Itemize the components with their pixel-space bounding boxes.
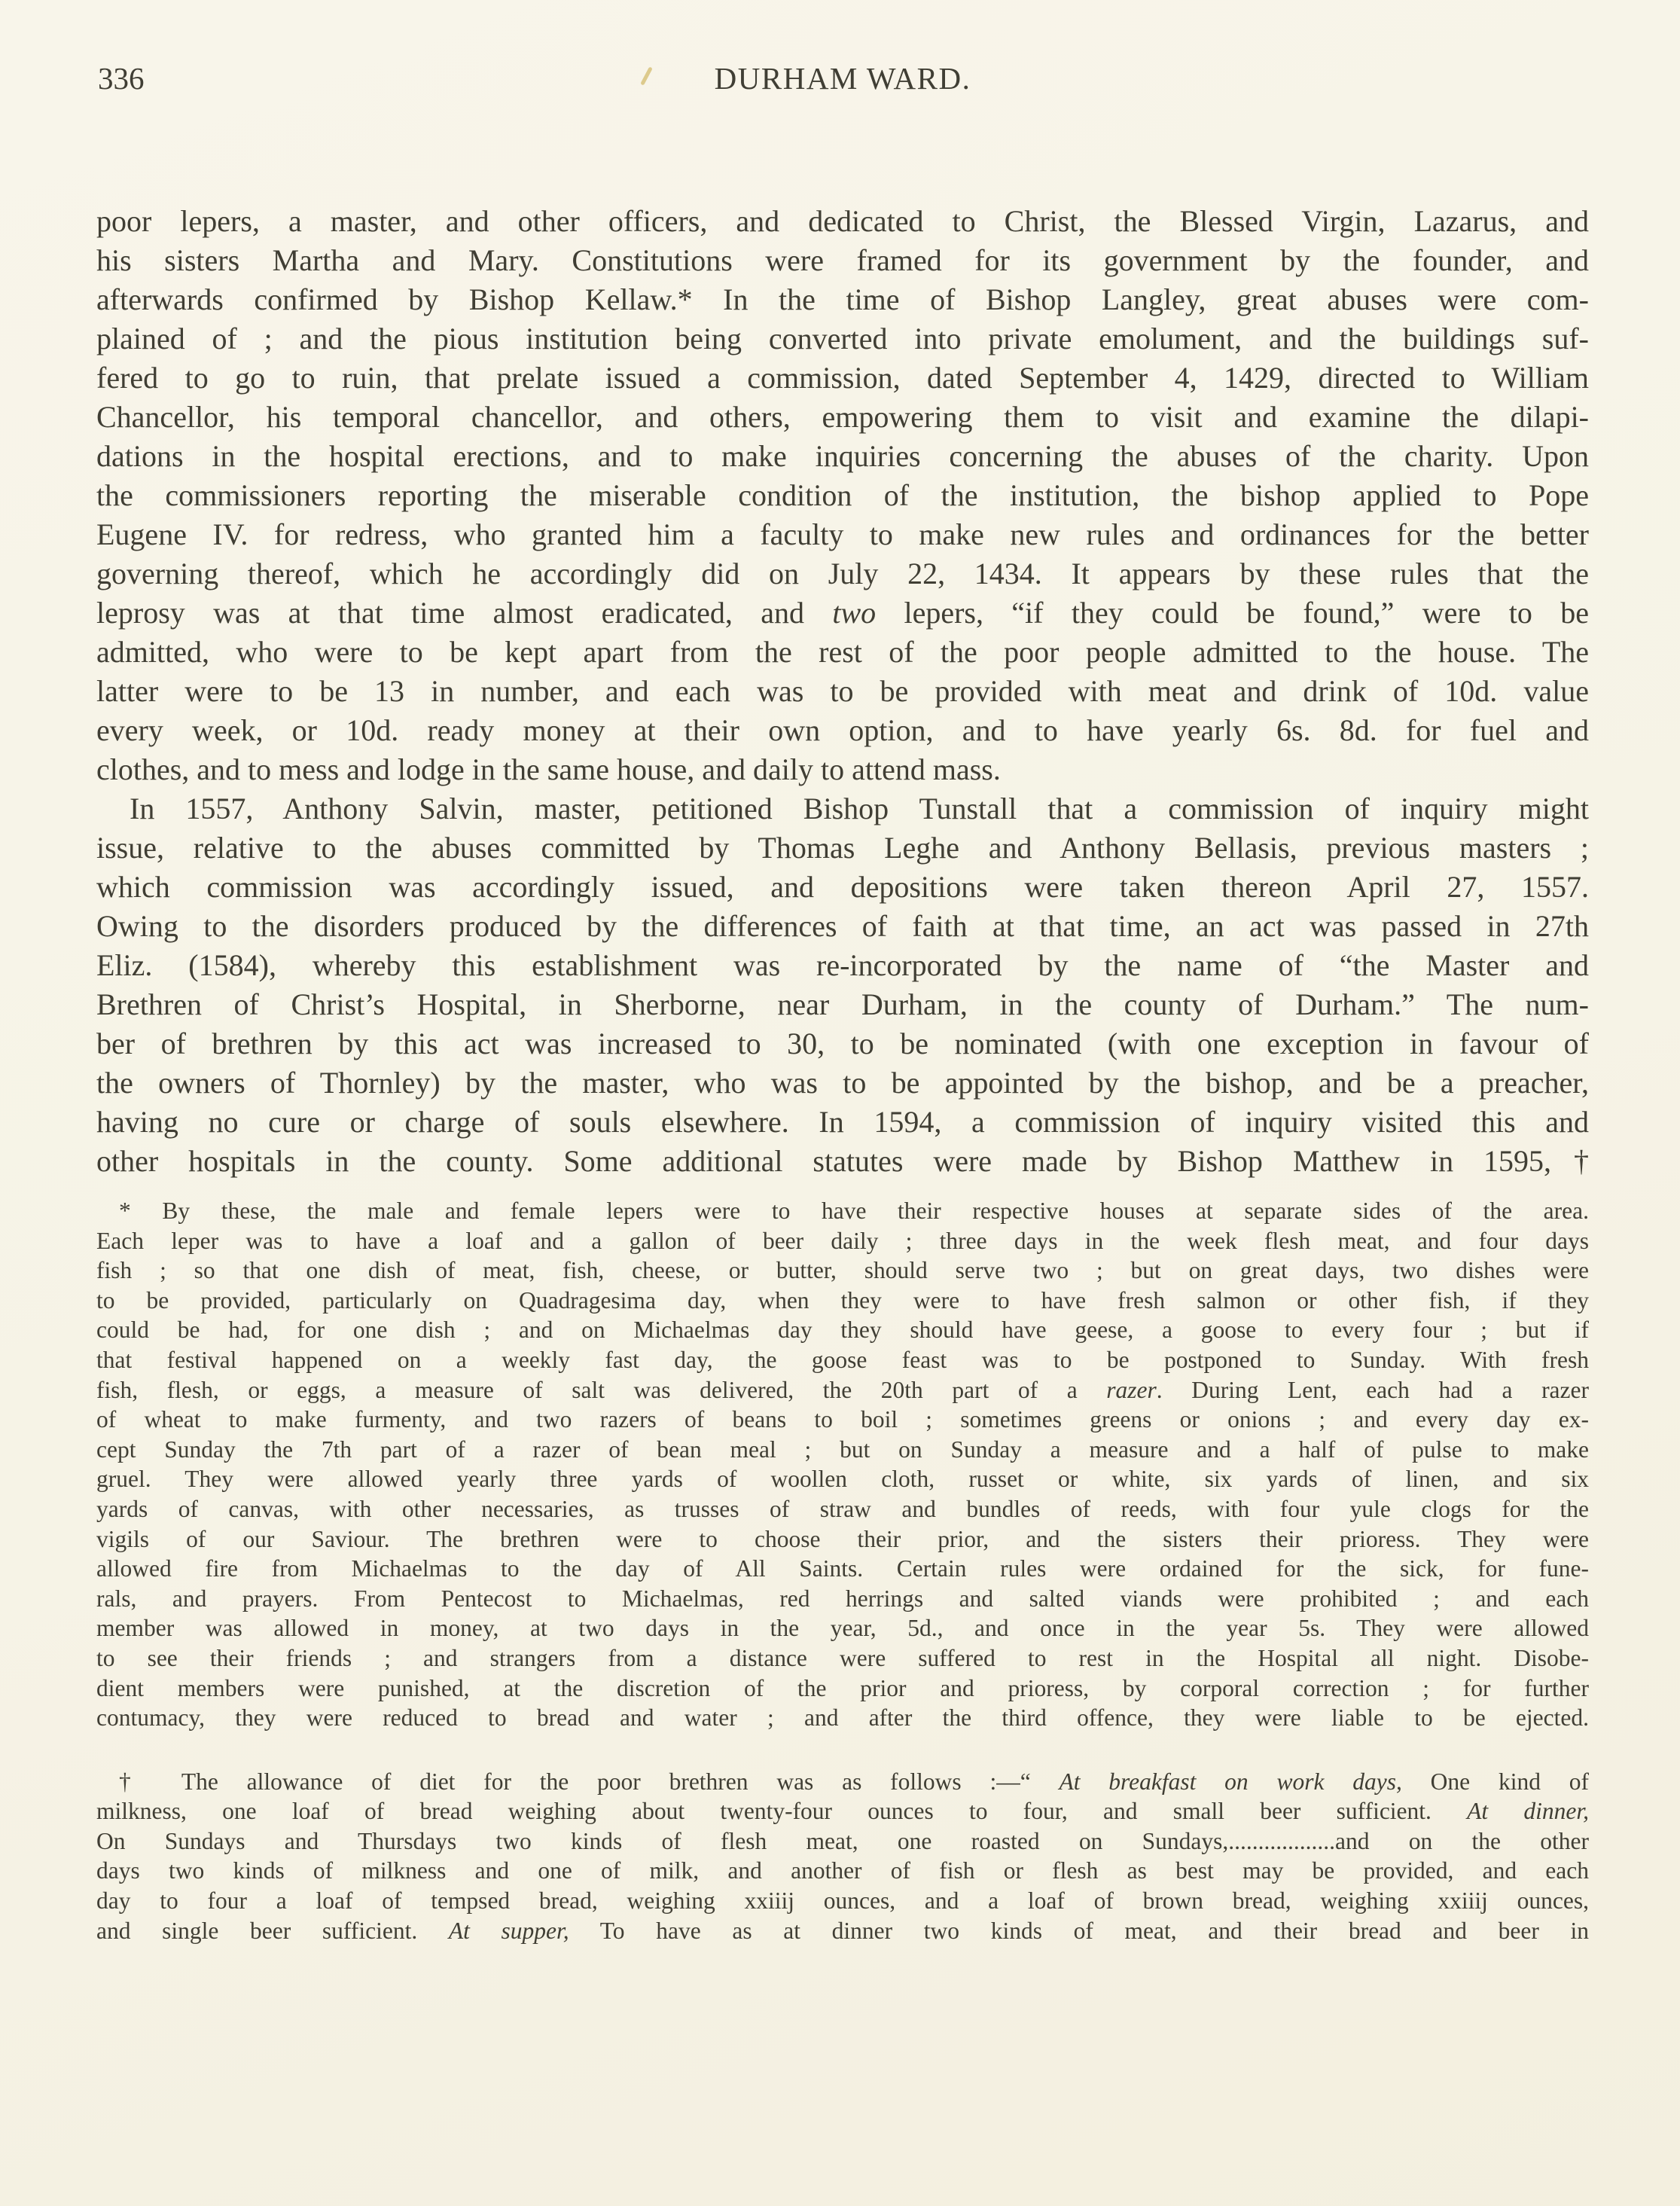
text-line: clothes, and to mess and lodge in the sa… <box>96 750 1589 789</box>
text-line: latter were to be 13 in number, and each… <box>96 672 1589 711</box>
footnote-dagger: † The allowance of diet for the poor bre… <box>96 1767 1589 1946</box>
book-page: 336 DURHAM WARD. poor lepers, a master, … <box>0 0 1680 2206</box>
text-line: issue, relative to the abuses committed … <box>96 828 1589 868</box>
footnotes: * By these, the male and female lepers w… <box>96 1196 1589 1945</box>
text-line: afterwards confirmed by Bishop Kellaw.* … <box>96 280 1589 319</box>
text-line: allowed fire from Michaelmas to the day … <box>96 1554 1589 1584</box>
text-line: and single beer sufficient. At supper, T… <box>96 1916 1589 1946</box>
text-line: dations in the hospital erections, and t… <box>96 437 1589 476</box>
page-header: 336 DURHAM WARD. <box>96 59 1589 98</box>
text-line: cept Sunday the 7th part of a razer of b… <box>96 1435 1589 1465</box>
text-line: of wheat to make furmenty, and two razer… <box>96 1405 1589 1435</box>
text-line: In 1557, Anthony Salvin, master, petitio… <box>96 789 1589 828</box>
text-line: On Sundays and Thursdays two kinds of fl… <box>96 1826 1589 1857</box>
italic-text: At supper, <box>449 1918 569 1944</box>
text-line: could be had, for one dish ; and on Mich… <box>96 1315 1589 1345</box>
italic-text: razer <box>1106 1377 1157 1403</box>
text-line: Brethren of Christ’s Hospital, in Sherbo… <box>96 985 1589 1024</box>
text-line: leprosy was at that time almost eradicat… <box>96 593 1589 633</box>
text-line: Eugene IV. for redress, who granted him … <box>96 515 1589 554</box>
text-line: Each leper was to have a loaf and a gall… <box>96 1226 1589 1256</box>
text-line: admitted, who were to be kept apart from… <box>96 633 1589 672</box>
text-line: dient members were punished, at the disc… <box>96 1674 1589 1704</box>
italic-text: At dinner, <box>1467 1798 1589 1824</box>
text-line: milkness, one loaf of bread weighing abo… <box>96 1796 1589 1826</box>
text-line: the commissioners reporting the miserabl… <box>96 476 1589 515</box>
text-line: fish ; so that one dish of meat, fish, c… <box>96 1256 1589 1286</box>
text-line: vigils of our Saviour. The brethren were… <box>96 1524 1589 1555</box>
italic-text: two <box>832 596 876 630</box>
text-line: Chancellor, his temporal chancellor, and… <box>96 398 1589 437</box>
italic-text: At breakfast on work days, <box>1059 1768 1401 1795</box>
text-line: Owing to the disorders produced by the d… <box>96 907 1589 946</box>
text-line: having no cure or charge of souls elsewh… <box>96 1103 1589 1142</box>
running-head: DURHAM WARD. <box>96 59 1589 98</box>
text-line: gruel. They were allowed yearly three ya… <box>96 1464 1589 1494</box>
text-line: yards of canvas, with other necessaries,… <box>96 1494 1589 1524</box>
text-line: * By these, the male and female lepers w… <box>96 1196 1589 1226</box>
footnote-asterisk: * By these, the male and female lepers w… <box>96 1196 1589 1733</box>
text-line: ber of brethren by this act was increase… <box>96 1024 1589 1063</box>
text-line: that festival happened on a weekly fast … <box>96 1345 1589 1375</box>
text-line: fered to go to ruin, that prelate issued… <box>96 359 1589 398</box>
text-line: which commission was accordingly issued,… <box>96 868 1589 907</box>
text-line: Eliz. (1584), whereby this establishment… <box>96 946 1589 985</box>
text-line: his sisters Martha and Mary. Constitutio… <box>96 241 1589 280</box>
text-line: every week, or 10d. ready money at their… <box>96 711 1589 750</box>
text-line: to see their friends ; and strangers fro… <box>96 1643 1589 1674</box>
paragraph-hospital-history: poor lepers, a master, and other officer… <box>96 202 1589 789</box>
text-line: contumacy, they were reduced to bread an… <box>96 1703 1589 1733</box>
text-line: member was allowed in money, at two days… <box>96 1613 1589 1643</box>
text-line: days two kinds of milkness and one of mi… <box>96 1856 1589 1886</box>
text-line: rals, and prayers. From Pentecost to Mic… <box>96 1584 1589 1614</box>
text-line: to be provided, particularly on Quadrage… <box>96 1286 1589 1316</box>
main-text: poor lepers, a master, and other officer… <box>96 202 1589 1181</box>
text-line: poor lepers, a master, and other officer… <box>96 202 1589 241</box>
text-line: day to four a loaf of tempsed bread, wei… <box>96 1886 1589 1916</box>
text-line: other hospitals in the county. Some addi… <box>96 1142 1589 1181</box>
text-line: fish, flesh, or eggs, a measure of salt … <box>96 1375 1589 1405</box>
text-line: † The allowance of diet for the poor bre… <box>96 1767 1589 1797</box>
text-line: governing thereof, which he accordingly … <box>96 554 1589 593</box>
text-line: plained of ; and the pious institution b… <box>96 319 1589 359</box>
text-line: the owners of Thornley) by the master, w… <box>96 1063 1589 1103</box>
paragraph-1557-commission: In 1557, Anthony Salvin, master, petitio… <box>96 789 1589 1181</box>
